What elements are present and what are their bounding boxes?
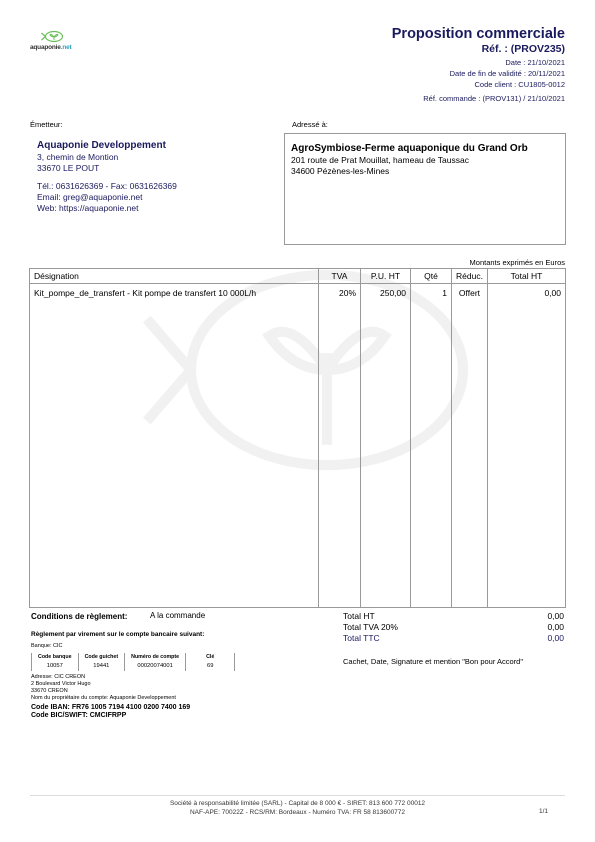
recipient-address2: 34600 Pézènes-les-Mines bbox=[291, 166, 559, 177]
bank-details-table: Code banque Code guichet Numéro de compt… bbox=[31, 653, 235, 671]
bank-code-value: 10057 bbox=[32, 662, 79, 671]
emitter-address2: 33670 LE POUT bbox=[37, 163, 280, 174]
total-ht-value: 0,00 bbox=[547, 611, 564, 622]
key-label: Clé bbox=[186, 653, 235, 662]
table-filler-row bbox=[30, 298, 566, 608]
bank-transfer-title: Règlement par virement sur le compte ban… bbox=[31, 631, 204, 638]
emitter-name: Aquaponie Developpement bbox=[30, 139, 280, 152]
bic: Code BIC/SWIFT: CMCIFRPP bbox=[31, 712, 190, 720]
items-table: Désignation TVA P.U. HT Qté Réduc. Total… bbox=[29, 268, 566, 608]
document-title: Proposition commerciale bbox=[392, 26, 565, 42]
logo-wordmark: aquaponie.net bbox=[30, 44, 71, 51]
currency-note: Montants exprimés en Euros bbox=[470, 258, 565, 267]
footer: Société à responsabilité limitée (SARL) … bbox=[30, 799, 565, 817]
emitter-label: Émetteur: bbox=[30, 120, 63, 129]
footer-line2: NAF-APE: 70022Z - RCS/RM: Bordeaux - Num… bbox=[30, 808, 565, 817]
company-logo: aquaponie.net bbox=[30, 30, 90, 54]
col-designation: Désignation bbox=[30, 269, 319, 284]
total-tva-value: 0,00 bbox=[547, 622, 564, 633]
table-header-row: Désignation TVA P.U. HT Qté Réduc. Total… bbox=[30, 269, 566, 284]
emitter-phone: Tél.: 0631626369 - Fax: 0631626369 bbox=[37, 181, 280, 192]
payment-conditions-value: A la commande bbox=[150, 611, 205, 620]
bank-address-line: 33670 CREON bbox=[31, 688, 176, 695]
fish-sprout-icon bbox=[40, 30, 64, 43]
document-date: Date : 21/10/2021 bbox=[505, 58, 565, 67]
total-ttc-label: Total TTC bbox=[343, 633, 380, 644]
bank-address-line: 2 Boulevard Victor Hugo bbox=[31, 681, 176, 688]
col-total-ht: Total HT bbox=[487, 269, 565, 284]
recipient-label: Adressé à: bbox=[292, 120, 328, 129]
cell-designation: Kit_pompe_de_transfert - Kit pompe de tr… bbox=[30, 284, 319, 299]
emitter-web: Web: https://aquaponie.net bbox=[37, 203, 280, 214]
col-qty: Qté bbox=[411, 269, 452, 284]
col-tva: TVA bbox=[319, 269, 361, 284]
bank-code-label: Code banque bbox=[32, 653, 79, 662]
col-pu-ht: P.U. HT bbox=[361, 269, 411, 284]
order-ref: Réf. commande : (PROV131) / 21/10/2021 bbox=[423, 94, 565, 103]
document-ref: Réf. : (PROV235) bbox=[482, 43, 565, 55]
validity-date: Date de fin de validité : 20/11/2021 bbox=[450, 69, 565, 78]
totals-block: Total HT 0,00 Total TVA 20% 0,00 Total T… bbox=[343, 611, 564, 644]
bank-address: Adresse: CIC CREON 2 Boulevard Victor Hu… bbox=[31, 674, 176, 702]
signature-note: Cachet, Date, Signature et mention "Bon … bbox=[343, 657, 523, 666]
key-value: 69 bbox=[186, 662, 235, 671]
branch-code-value: 19441 bbox=[78, 662, 125, 671]
recipient-address1: 201 route de Prat Mouillat, hameau de Ta… bbox=[291, 155, 559, 166]
emitter-block: Aquaponie Developpement 3, chemin de Mon… bbox=[30, 139, 280, 225]
cell-pu-ht: 250,00 bbox=[361, 284, 411, 299]
total-ht-label: Total HT bbox=[343, 611, 375, 622]
footer-line1: Société à responsabilité limitée (SARL) … bbox=[30, 799, 565, 808]
cell-tva: 20% bbox=[319, 284, 361, 299]
total-ht-row: Total HT 0,00 bbox=[343, 611, 564, 622]
page-number: 1/1 bbox=[539, 808, 548, 815]
cell-reduc: Offert bbox=[452, 284, 488, 299]
total-ttc-value: 0,00 bbox=[547, 633, 564, 644]
bank-address-line: Adresse: CIC CREON bbox=[31, 674, 176, 681]
client-code: Code client : CU1805-0012 bbox=[475, 80, 565, 89]
total-tva-label: Total TVA 20% bbox=[343, 622, 398, 633]
iban-block: Code IBAN: FR76 1005 7194 4100 0200 7400… bbox=[31, 704, 190, 720]
emitter-email: Email: greg@aquaponie.net bbox=[37, 192, 280, 203]
col-reduc: Réduc. bbox=[452, 269, 488, 284]
iban: Code IBAN: FR76 1005 7194 4100 0200 7400… bbox=[31, 704, 190, 712]
account-number-label: Numéro de compte bbox=[125, 653, 186, 662]
payment-conditions-label: Conditions de règlement: bbox=[31, 612, 127, 621]
bank-name: Banque: CIC bbox=[31, 643, 63, 649]
account-owner: Nom du propriétaire du compte: Aquaponie… bbox=[31, 695, 176, 702]
footer-divider bbox=[30, 795, 565, 796]
branch-code-label: Code guichet bbox=[78, 653, 125, 662]
total-ttc-row: Total TTC 0,00 bbox=[343, 633, 564, 644]
recipient-block: AgroSymbiose-Ferme aquaponique du Grand … bbox=[284, 133, 566, 245]
cell-qty: 1 bbox=[411, 284, 452, 299]
account-number-value: 00020074001 bbox=[125, 662, 186, 671]
recipient-name: AgroSymbiose-Ferme aquaponique du Grand … bbox=[291, 143, 559, 155]
cell-total-ht: 0,00 bbox=[487, 284, 565, 299]
emitter-address1: 3, chemin de Montion bbox=[37, 152, 280, 163]
total-tva-row: Total TVA 20% 0,00 bbox=[343, 622, 564, 633]
table-row: Kit_pompe_de_transfert - Kit pompe de tr… bbox=[30, 284, 566, 299]
